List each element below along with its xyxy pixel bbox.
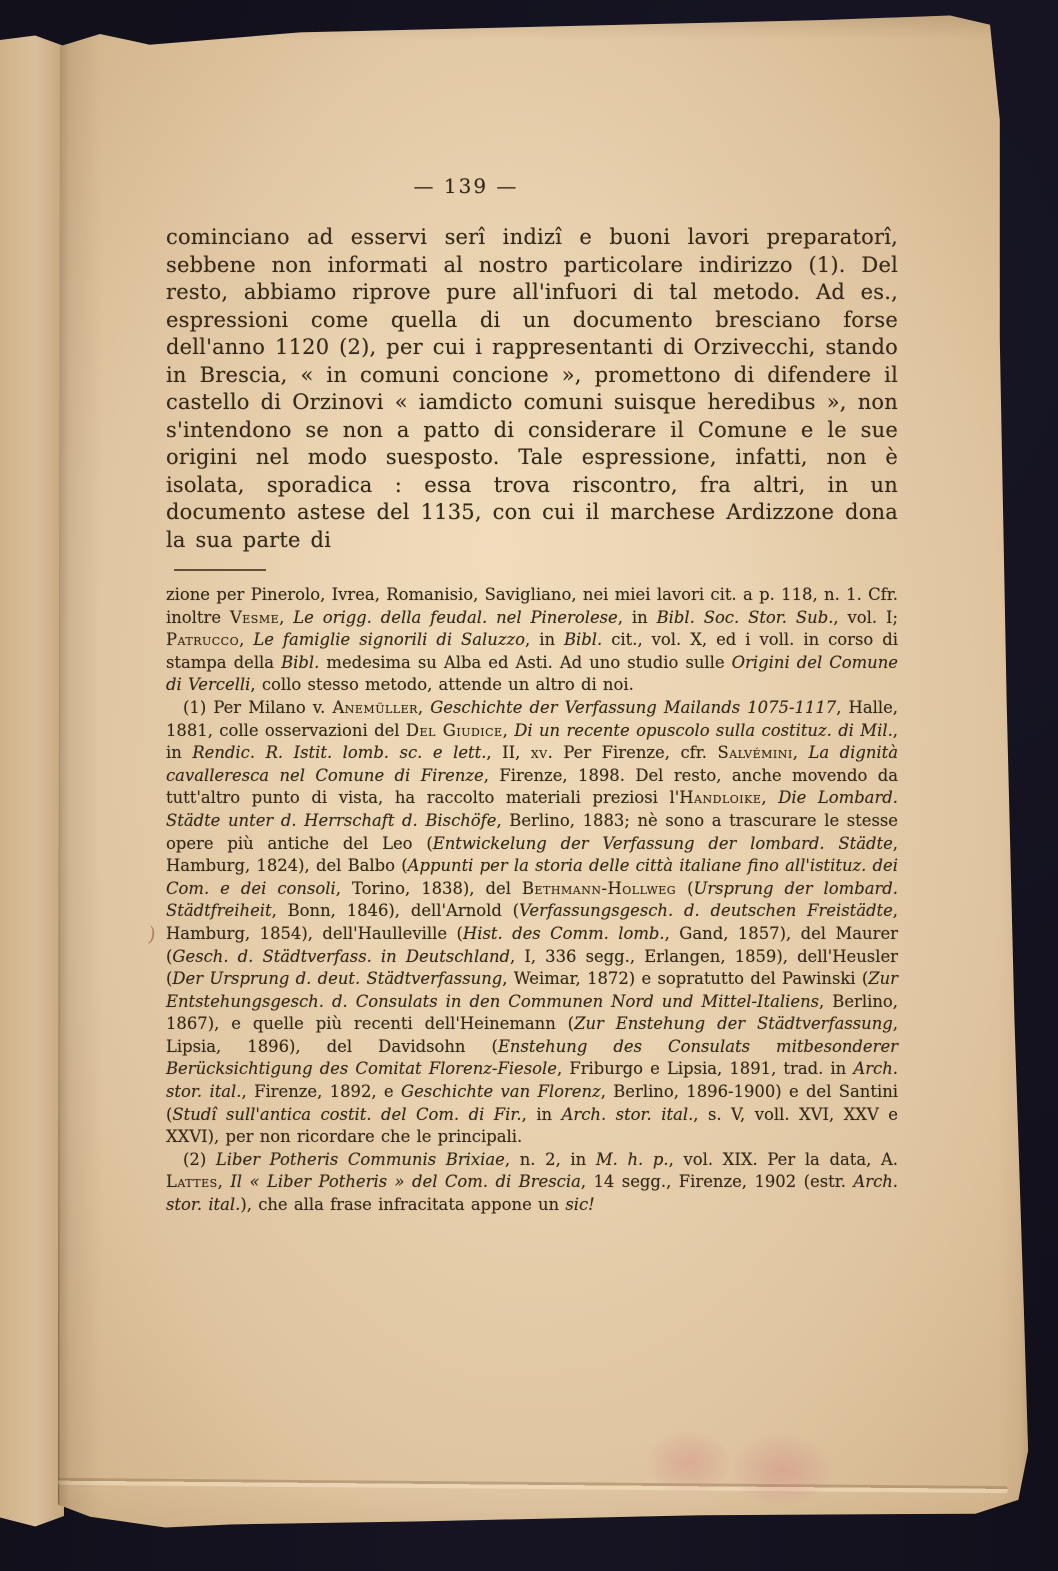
text-segment: , vol. I; [833,608,898,627]
text-segment: Di un recente opuscolo sulla costituz. d… [514,721,893,740]
pink-stain [732,1434,832,1506]
text-segment: , Bonn, 1846), dell'Arnold ( [272,901,519,920]
text-segment: Patrucco [166,630,239,649]
page-number: — 139 — [166,174,766,198]
text-segment: Liber Potheris Communis Brixiae [216,1150,505,1169]
text-segment: (1) Per Milano v. [183,698,332,717]
text-segment: Salvémini [717,743,792,762]
text-segment: , II, [486,743,530,762]
text-segment: Bibl. [281,653,319,672]
text-segment: medesima su Alba ed Asti. Ad uno studio … [319,653,731,672]
text-segment: Le origg. della feudal. nel Pinerolese [293,608,618,627]
margin-print-mark: ) [146,922,157,947]
text-segment: , Firenze, 1892, e [242,1082,401,1101]
text-segment: Zur Enstehung der Städtverfassung [574,1014,893,1033]
text-segment: Bibl. [564,630,602,649]
text-segment: , [761,788,778,807]
text-segment: , in [522,1105,562,1124]
text-segment: Rendic. R. Istit. lomb. sc. e lett. [192,743,486,762]
text-segment: Le famiglie signorili di Saluzzo [253,630,525,649]
text-segment: Hist. des Comm. lomb. [463,924,665,943]
page-content: — 139 — cominciano ad esservi serî indiz… [166,174,898,1217]
book-page: ) — 139 — cominciano ad esservi serî ind… [56,14,1032,1549]
text-segment: Handloike [679,788,761,807]
text-segment: , in [618,608,657,627]
footnote-2: (2) Liber Potheris Communis Brixiae, n. … [166,1149,898,1217]
text-segment: Il « Liber Potheris » del Com. di Bresci… [230,1172,581,1191]
text-segment: Gesch. d. Städtverfass. in Deutschland [172,947,510,966]
text-segment: Arch. stor. ital. [562,1105,694,1124]
text-segment: Vesme [230,608,279,627]
text-segment: Bethmann-Hollweg [522,879,676,898]
text-segment: Lattes [166,1172,218,1191]
bottom-fold-crease [58,1478,1008,1493]
text-segment: , [279,608,293,627]
text-segment: , [218,1172,231,1191]
text-segment: ), che alla frase infracitata appone un [240,1195,565,1214]
text-segment: , [793,743,809,762]
footnotes-section: zione per Pinerolo, Ivrea, Romanisio, Sa… [166,584,898,1217]
text-segment: Bibl. Soc. Stor. Sub. [657,608,834,627]
text-segment: . Per Firenze, cfr. [548,743,718,762]
text-segment: ( [676,879,693,898]
text-segment: , 14 segg., Firenze, 1902 (estr. [581,1172,854,1191]
text-segment: , [418,698,430,717]
text-segment: Der Ursprung d. deut. Städtverfassung [172,969,502,988]
previous-page-edge [0,34,64,1528]
text-segment: , [239,630,253,649]
text-segment: Studî sull'antica costit. del Com. di Fi… [172,1105,521,1124]
footnote-divider-rule [174,569,266,571]
footnote-1: (1) Per Milano v. Anemüller, Geschichte … [166,697,898,1149]
text-segment: , in [525,630,564,649]
text-segment: Anemüller [332,698,417,717]
text-segment: Entwickelung der Verfassung der lombard.… [433,834,893,853]
text-segment: xv [531,743,548,762]
text-segment: , [503,721,515,740]
text-segment: (2) [183,1150,216,1169]
footnote-continuation: zione per Pinerolo, Ivrea, Romanisio, Sa… [166,584,898,697]
body-paragraph: cominciano ad esservi serî indizî e buon… [166,224,898,554]
text-segment: Del Giudice [406,721,503,740]
text-segment: sic! [565,1195,594,1214]
text-segment: , Torino, 1838), del [336,879,522,898]
text-segment: Geschichte van Florenz [401,1082,601,1101]
text-segment: , n. 2, in [505,1150,596,1169]
text-segment: M. h. p. [596,1150,669,1169]
text-segment: Geschichte der Verfassung Mailands 1075-… [430,698,836,717]
text-segment: Verfassungsgesch. d. deutschen Freistädt… [519,901,893,920]
text-segment: , Friburgo e Lipsia, 1891, trad. in [557,1059,853,1078]
text-segment: , vol. XIX. Per la data, A. [669,1150,898,1169]
text-segment: , Weimar, 1872) e sopratutto del Pawinsk… [502,969,868,988]
text-segment: , collo stesso metodo, attende un altro … [250,675,633,694]
book-page-scan: ) — 139 — cominciano ad esservi serî ind… [0,0,1058,1571]
